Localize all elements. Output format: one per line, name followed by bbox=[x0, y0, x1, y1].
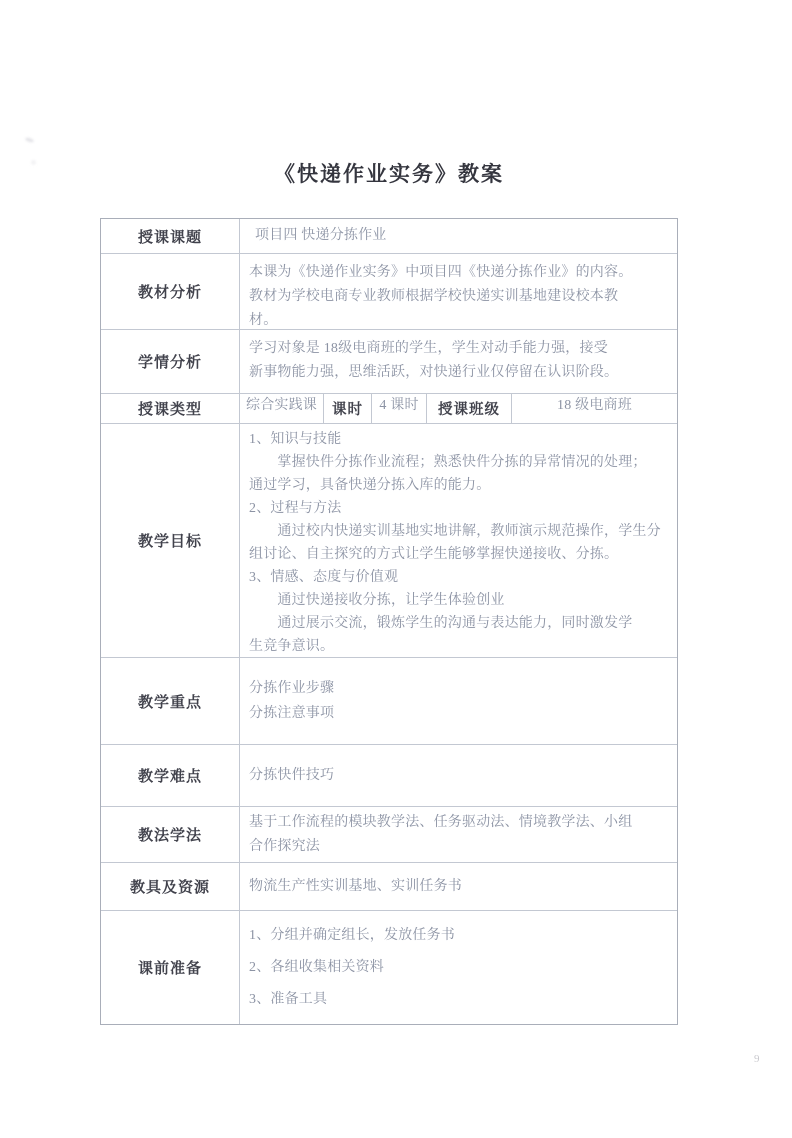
row-content: 物流生产性实训基地、实训任务书 bbox=[239, 863, 677, 910]
row-label: 教具及资源 bbox=[101, 863, 239, 910]
page-number: 9 bbox=[754, 1053, 760, 1065]
row-content: 基于工作流程的模块教学法、任务驱动法、情境教学法、小组 合作探究法 bbox=[239, 807, 677, 862]
scan-smudge bbox=[25, 137, 35, 144]
table-row: 学情分析 学习对象是 18级电商班的学生，学生对动手能力强，接受 新事物能力强，… bbox=[101, 329, 677, 393]
table-row: 课前准备 1、分组并确定组长，发放任务书 2、各组收集相关资料 3、准备工具 bbox=[101, 910, 677, 1024]
row-label: 授课课题 bbox=[101, 219, 239, 253]
scan-smudge bbox=[31, 160, 36, 165]
class-value: 18 级电商班 bbox=[511, 394, 677, 423]
class-label: 授课班级 bbox=[426, 394, 511, 423]
table-row: 教法学法 基于工作流程的模块教学法、任务驱动法、情境教学法、小组 合作探究法 bbox=[101, 806, 677, 862]
hours-label: 课时 bbox=[323, 394, 371, 423]
lesson-plan-table: 授课课题 项目四 快递分拣作业 教材分析 本课为《快递作业实务》中项目四《快递分… bbox=[100, 218, 678, 1025]
row-label: 学情分析 bbox=[101, 330, 239, 393]
table-row-course-type: 授课类型 综合实践课 课时 4 课时 授课班级 18 级电商班 bbox=[101, 393, 677, 423]
row-label: 教学目标 bbox=[101, 424, 239, 657]
row-label: 教学难点 bbox=[101, 745, 239, 806]
row-label: 教法学法 bbox=[101, 807, 239, 862]
row-content: 分拣作业步骤 分拣注意事项 bbox=[239, 658, 677, 744]
table-row: 教学目标 1、知识与技能 掌握快件分拣作业流程；熟悉快件分拣的异常情况的处理； … bbox=[101, 423, 677, 657]
table-row: 教具及资源 物流生产性实训基地、实训任务书 bbox=[101, 862, 677, 910]
row-content: 本课为《快递作业实务》中项目四《快递分拣作业》的内容。 教材为学校电商专业教师根… bbox=[239, 254, 677, 329]
row-label: 课前准备 bbox=[101, 911, 239, 1024]
row-content: 分拣快件技巧 bbox=[239, 745, 677, 806]
row-label: 教学重点 bbox=[101, 658, 239, 744]
table-row: 授课课题 项目四 快递分拣作业 bbox=[101, 219, 677, 253]
hours-value: 4 课时 bbox=[371, 394, 426, 423]
row-label: 授课类型 bbox=[101, 394, 239, 423]
row-label: 教材分析 bbox=[101, 254, 239, 329]
row-content: 项目四 快递分拣作业 bbox=[239, 219, 677, 253]
document-page: 《快递作业实务》教案 授课课题 项目四 快递分拣作业 教材分析 本课为《快递作业… bbox=[0, 0, 792, 1138]
table-row: 教学难点 分拣快件技巧 bbox=[101, 744, 677, 806]
table-row: 教材分析 本课为《快递作业实务》中项目四《快递分拣作业》的内容。 教材为学校电商… bbox=[101, 253, 677, 329]
course-type-value: 综合实践课 bbox=[239, 394, 323, 423]
page-title: 《快递作业实务》教案 bbox=[100, 158, 678, 188]
row-content: 1、知识与技能 掌握快件分拣作业流程；熟悉快件分拣的异常情况的处理； 通过学习，… bbox=[239, 424, 677, 657]
table-row: 教学重点 分拣作业步骤 分拣注意事项 bbox=[101, 657, 677, 744]
row-content: 1、分组并确定组长，发放任务书 2、各组收集相关资料 3、准备工具 bbox=[239, 911, 677, 1024]
row-content: 学习对象是 18级电商班的学生，学生对动手能力强，接受 新事物能力强，思维活跃，… bbox=[239, 330, 677, 393]
